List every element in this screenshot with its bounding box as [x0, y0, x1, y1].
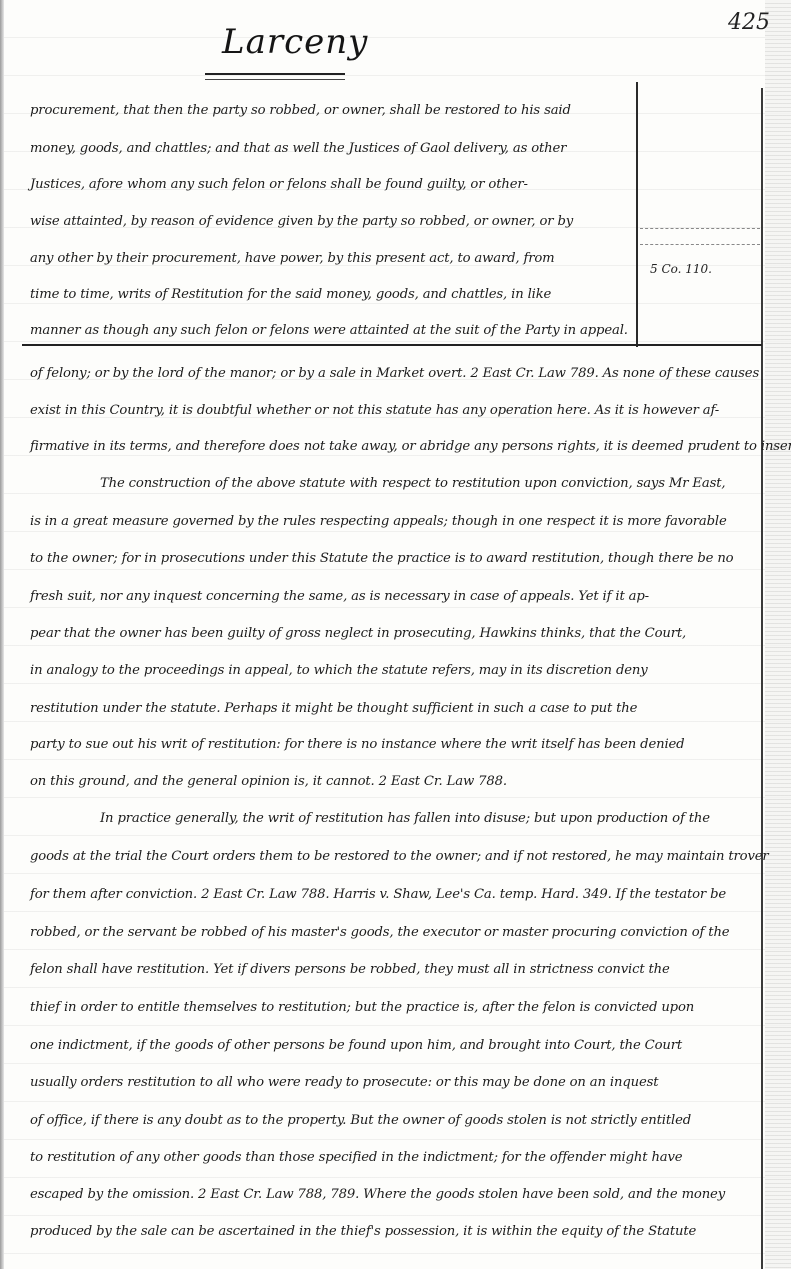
text-line: is in a great measure governed by the ru… [30, 514, 755, 529]
page-number: 425 [728, 10, 770, 35]
margin-citation: 5 Co. 110. [650, 262, 712, 276]
text-line: of felony; or by the lord of the manor; … [30, 366, 755, 381]
text-line: restitution under the statute. Perhaps i… [30, 701, 755, 716]
text-line: procurement, that then the party so robb… [30, 103, 630, 118]
manuscript-page: 425 Larceny procurement, that then the p… [0, 0, 791, 1269]
page-right-edge [765, 0, 791, 1269]
text-line: in analogy to the proceedings in appeal,… [30, 663, 755, 678]
text-line: any other by their procurement, have pow… [30, 251, 630, 266]
text-line: on this ground, and the general opinion … [30, 774, 755, 789]
margin-rule-right [761, 88, 763, 1269]
text-line: for them after conviction. 2 East Cr. La… [30, 887, 755, 902]
text-line: to the owner; for in prosecutions under … [30, 551, 755, 566]
text-line: Justices, afore whom any such felon or f… [30, 177, 630, 192]
text-line: goods at the trial the Court orders them… [30, 849, 755, 864]
text-line: one indictment, if the goods of other pe… [30, 1038, 755, 1053]
margin-dotted-rule [640, 244, 760, 245]
text-line: usually orders restitution to all who we… [30, 1075, 755, 1090]
text-line: manner as though any such felon or felon… [30, 323, 630, 338]
paragraph-start-line: The construction of the above statute wi… [30, 476, 791, 491]
text-line: thief in order to entitle themselves to … [30, 1000, 755, 1015]
section-divider-rule [22, 344, 762, 346]
text-line: wise attainted, by reason of evidence gi… [30, 214, 630, 229]
text-line: pear that the owner has been guilty of g… [30, 626, 755, 641]
text-line: exist in this Country, it is doubtful wh… [30, 403, 755, 418]
text-line: of office, if there is any doubt as to t… [30, 1113, 755, 1128]
margin-rule-left [636, 82, 638, 347]
paragraph-start-line: In practice generally, the writ of resti… [30, 811, 791, 826]
text-line: to restitution of any other goods than t… [30, 1150, 755, 1165]
text-line: produced by the sale can be ascertained … [30, 1224, 755, 1239]
margin-dotted-rule [640, 228, 760, 229]
title-underline [205, 73, 345, 80]
text-line: time to time, writs of Restitution for t… [30, 287, 630, 302]
text-line: felon shall have restitution. Yet if div… [30, 962, 755, 977]
text-line: robbed, or the servant be robbed of his … [30, 925, 755, 940]
page-title: Larceny [222, 22, 368, 62]
page-left-edge [0, 0, 4, 1269]
text-line: firmative in its terms, and therefore do… [30, 439, 755, 454]
text-line: money, goods, and chattles; and that as … [30, 141, 630, 156]
text-line: escaped by the omission. 2 East Cr. Law … [30, 1187, 755, 1202]
text-line: fresh suit, nor any inquest concerning t… [30, 589, 755, 604]
text-line: party to sue out his writ of restitution… [30, 737, 755, 752]
